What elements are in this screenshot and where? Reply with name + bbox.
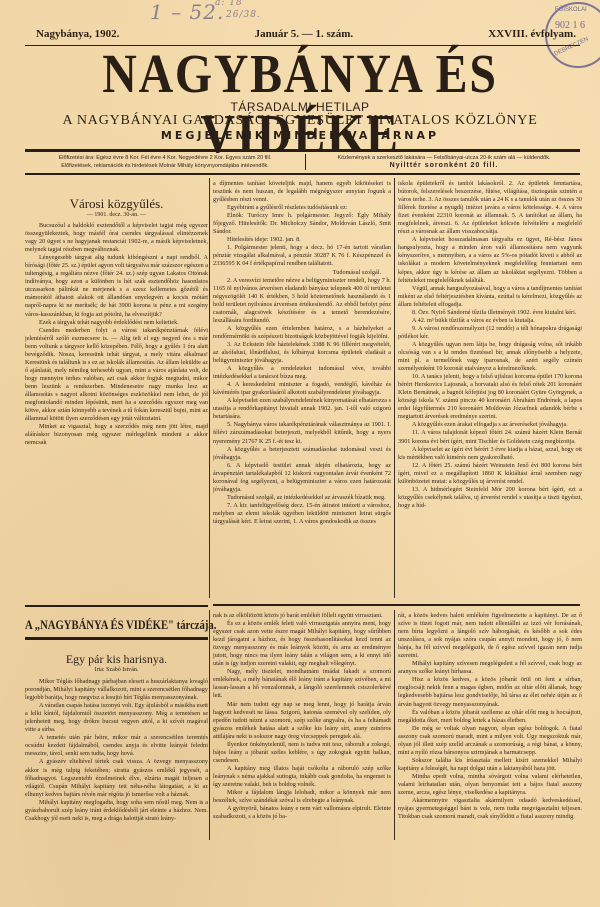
paragraph: iskola épületekről és tanítói lakásokról… xyxy=(398,180,582,236)
paragraph: 9. A városi rendőrszemélyzet (12 rendőr)… xyxy=(398,325,582,341)
paragraph: 1. Polgármester jelenti, hogy a decz. hó… xyxy=(213,244,391,268)
article-column-2: a díjmentes tanítást követeljük majd, ha… xyxy=(213,180,391,598)
feuilleton-column-2: nak is az elköltözött közös jó barát eml… xyxy=(213,612,391,840)
volume: XXVIII. évfolyam. xyxy=(488,28,576,40)
paragraph: Lényegesebb tárgyat alig tudunk kibóngés… xyxy=(25,254,208,318)
paragraph: 6. A képviselő testület annak idején elh… xyxy=(213,462,391,494)
paragraph: Mintha epedt volna, mintha sóvárgott vol… xyxy=(398,773,582,797)
ads-info: Előfizetések, reklamációk és hirdetések … xyxy=(25,162,305,170)
paragraph: a díjmentes tanítást követeljük majd, ha… xyxy=(213,180,391,204)
paragraph: A képviselet az ígért évi bérért 3 évre … xyxy=(398,446,582,462)
paragraph: 13. A hidmérlegért Steinfeld Mór 200 kor… xyxy=(398,486,582,510)
thick-rule-bottom xyxy=(25,173,580,175)
paragraph: És valóban a közös jóbarát szelleme az o… xyxy=(398,709,582,725)
paragraph: Mikor a fájdalom lángja lelohadt, mikor … xyxy=(213,789,391,805)
paragraph: 4. A kereskedelmi miniszter a fogadó, ve… xyxy=(213,381,391,397)
paragraph: Akármennyire vigasztalta akármilyen odaa… xyxy=(398,797,582,821)
paragraph: Ilyenkor önkénytelenül, nem is tudva mit… xyxy=(213,741,391,765)
paragraph: A közgyűlés ezen árakat elfogadja s az á… xyxy=(398,421,582,429)
section-rule xyxy=(213,604,580,606)
article-date: — 1901. decz. 30-án. — xyxy=(25,212,208,218)
paragraph: A váratlan csapás hatása iszonyú volt. E… xyxy=(25,702,208,734)
paragraph: Bucsuzóul a haldokló esztendőtől a képvi… xyxy=(25,222,208,254)
newspaper-page: 1 – 52. a: 18 26/38. FŐISKOLAI 902 1 6 D… xyxy=(0,0,600,907)
story-title: Egy pár kis harisnya. xyxy=(25,652,208,667)
paragraph: Már nem tudott egy nap se meg lenni, hog… xyxy=(213,701,391,741)
paragraph: De még se voltak olyan nagyon, olyan egé… xyxy=(398,725,582,757)
paragraph: Tudomásul szolgál, az intézkedésekkel az… xyxy=(213,494,391,502)
paragraph: Egyébiránt a gyűlésről részletes tudósít… xyxy=(213,204,391,212)
paragraph: A közgyűlés ugyan nem látja be, hogy drá… xyxy=(398,341,582,373)
paragraph: Mihályi kapitány szívesen megelégedett a… xyxy=(398,660,582,676)
paragraph: Csendes mederben folyt a városi takarékp… xyxy=(25,327,208,424)
handwritten-catalog-number: 1 – 52. xyxy=(150,0,224,24)
paragraph: Elnök: Turóczy Imre h. polgármester. Jeg… xyxy=(213,212,391,236)
issue-info-line: Nagybánya, 1902. Január 5. — 1. szám. XX… xyxy=(36,28,576,40)
submission-info: Közlemények a szerkesztő lakására — Fels… xyxy=(308,154,580,170)
paragraph: Mihályi kapitány megfogadta, hogy soha s… xyxy=(25,799,208,823)
thick-rule-top xyxy=(25,149,580,152)
feuilleton-section-title: A „NAGYBÁNYA ÉS VIDÉKE" tárczája. xyxy=(25,617,181,633)
paragraph: Hitelesítés ideje: 1902. jan. 8. xyxy=(213,236,391,244)
paragraph: Ezek a tárgyak tehát nagyobb érdeklődést… xyxy=(25,319,208,327)
paragraph: 7. A kir. tanfelügyelőség decz. 15-én át… xyxy=(213,502,391,526)
paragraph: 12. A főtéri 25. számú házért Weinstein … xyxy=(398,462,582,486)
paragraph: Tudomásul szolgál. xyxy=(213,269,391,277)
paragraph: Hisz a közös kedves, a közös jóbarát örü… xyxy=(398,676,582,708)
place-year: Nagybánya, 1902. xyxy=(36,28,119,40)
paragraph: Sokszor találta kis íróasztala mellett k… xyxy=(398,757,582,773)
column-divider xyxy=(394,610,395,840)
paragraph: A közgyűlés a beterjesztett számadásokat… xyxy=(213,446,391,462)
paragraph: A képviselet ezen szabályrendeletének ki… xyxy=(213,397,391,421)
submissions-address: Közlemények a szerkesztő lakására — Fels… xyxy=(308,154,580,162)
column-divider xyxy=(209,610,210,840)
paragraph: 2. A veresvízi temetőre nézve a belügymi… xyxy=(213,277,391,325)
stamp-text-top: FŐISKOLAI xyxy=(555,7,587,13)
paragraph: nak is az elköltözött közös jó barát eml… xyxy=(213,612,391,620)
paragraph: A közgyűlés ezen értelemben határoz, s a… xyxy=(213,325,391,341)
subscription-prices: Előfizetési ára: Egész évre 8 Kor. Fél é… xyxy=(25,154,305,162)
paragraph: 8. Özv. Nyirő Sándorné tűzifa illetményé… xyxy=(398,309,582,317)
story-author: Irta: Szabó István. xyxy=(25,667,208,673)
paragraph: A 42. m³ bükk tűzifát a város ez évben i… xyxy=(398,317,582,325)
subscription-info: Előfizetési ára: Egész évre 8 Kor. Fél é… xyxy=(25,154,306,170)
section-rule xyxy=(25,605,208,607)
handwritten-note-1: a: 18 xyxy=(215,0,243,8)
paragraph: 5. Nagybánya város takarékpénztárának vá… xyxy=(213,421,391,445)
official-gazette-line: A NAGYBÁNYAI GAZDASÁGI EGYESÜLET HIVATAL… xyxy=(0,113,600,129)
paragraph: A közgyűlés a rendeleteket tudomásul vév… xyxy=(213,365,391,381)
paragraph: Végül, annak hangsulyozásával, hogy a vá… xyxy=(398,285,582,309)
article-column-3: iskola épületekről és tanítói lakásokról… xyxy=(398,180,582,598)
paragraph: rát, a közös kedves halott emlékére figy… xyxy=(398,612,582,660)
paragraph: A képviselet hosszadalmasan tárgyalta ez… xyxy=(398,236,582,284)
paragraph: 3. Az Eckstein féle háztelekének 3388 K … xyxy=(213,341,391,365)
paragraph: A gyászév elteltével tértek csak vissza.… xyxy=(25,758,208,798)
column-divider xyxy=(394,178,395,598)
feuilleton-column-1: Mikor Téglás főhadnagy párbajban elesett… xyxy=(25,678,208,838)
handwritten-note-2: 26/38. xyxy=(226,10,261,20)
publication-frequency: MEGJELENIK MINDEN VASÁRNAP xyxy=(0,129,600,142)
paragraph: A gyönyörű, bánatos leány e nem várt val… xyxy=(213,805,391,821)
feuilleton-rule xyxy=(25,637,208,640)
article-column-1: Bucsuzóul a haldokló esztendőtől a képvi… xyxy=(25,222,208,598)
date-issue: Január 5. — 1. szám. xyxy=(255,28,354,40)
nyiltter-price: Nyilttér soronként 20 fill. xyxy=(308,162,580,170)
column-divider xyxy=(209,178,210,598)
paragraph: Nagy, mély tisztelet, mondhatnám imádat … xyxy=(213,668,391,700)
paragraph: Mikor Téglás főhadnagy párbajban elesett… xyxy=(25,678,208,702)
paragraph: Minket az vigasztal, hogy a szerződés mé… xyxy=(25,423,208,447)
paragraph: 11. A város tulajdonát képező főtéri 24.… xyxy=(398,429,582,445)
paragraph: 10. A tanács jelenti, hogy a felső ujfal… xyxy=(398,373,582,421)
paragraph: A kapitány meg illatos haját csókolta a … xyxy=(213,765,391,789)
paragraph: A temetés után pár hétre, mikor már a sz… xyxy=(25,734,208,758)
subtitle: TÁRSADALMI HETILAP xyxy=(0,100,600,114)
feuilleton-column-3: rát, a közös kedves halott emlékére figy… xyxy=(398,612,582,822)
article-title: Városi közgyűlés. xyxy=(25,196,208,212)
paragraph: És ez a közös emlék felett való virraszt… xyxy=(213,620,391,668)
